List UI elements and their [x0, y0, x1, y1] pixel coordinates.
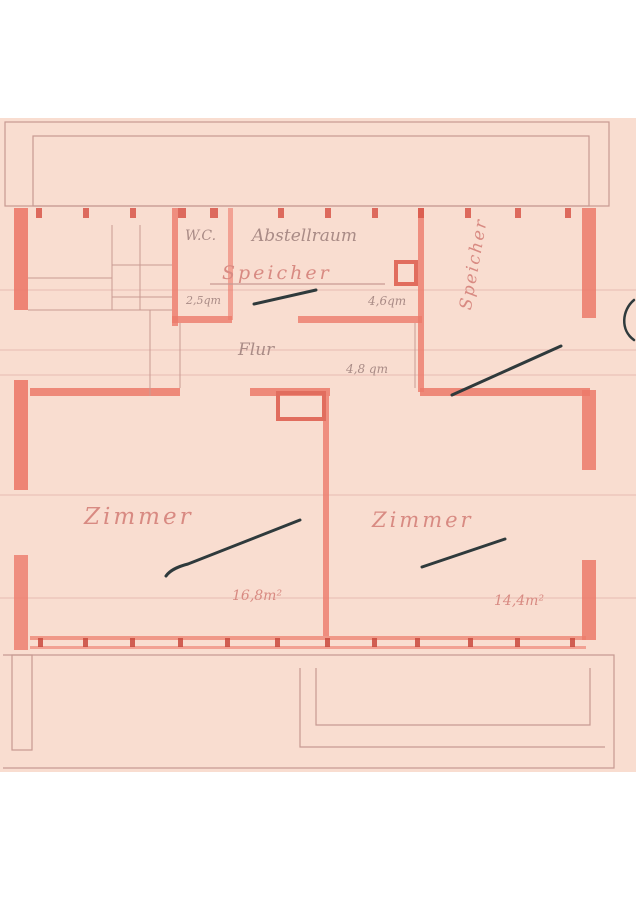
abstellraum-area: 4,6qm [368, 294, 406, 308]
roof-outline-top [5, 122, 609, 206]
flur-area: 4,8 qm [346, 362, 388, 376]
wc-area: 2,5qm [186, 294, 221, 307]
zimmer-right-label: Zimmer [372, 508, 474, 532]
speicher-crossed-label: Speicher [222, 262, 332, 284]
flur-label: Flur [238, 340, 274, 360]
grid-lines [0, 290, 636, 598]
wc-label: W.C. [185, 228, 216, 244]
zimmer-left-label: Zimmer [84, 504, 194, 530]
abstellraum-label: Abstellraum [252, 226, 357, 246]
zimmer-left-area: 16,8m² [232, 588, 282, 604]
rafters-top [36, 208, 571, 218]
zimmer-right-area: 14,4m² [494, 593, 544, 609]
roof-outline-bottom [3, 655, 614, 768]
ink-marks [166, 290, 634, 576]
floor-plan-sheet: W.C. 2,5qm Abstellraum Speicher 4,6qm Fl… [0, 118, 636, 772]
floor-plan-drawing [0, 118, 636, 772]
